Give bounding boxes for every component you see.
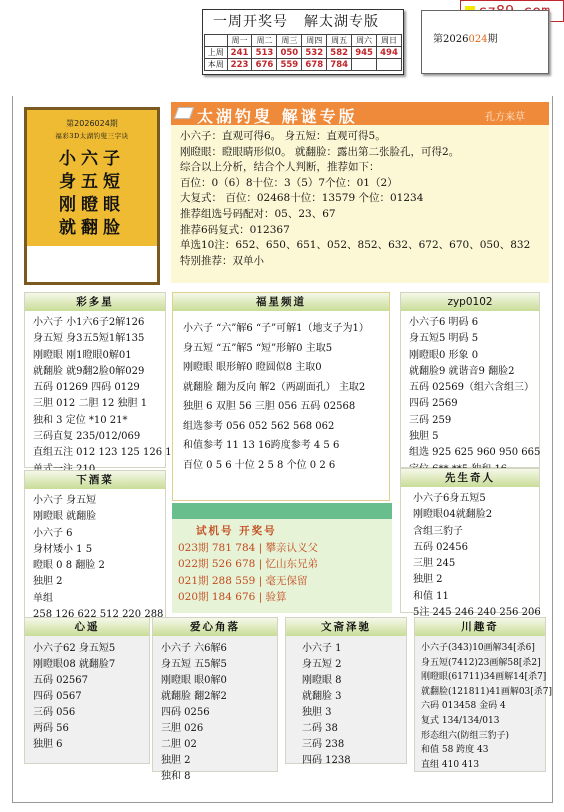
box-title: 先生奇人 xyxy=(401,469,539,487)
box-wenzhaisheng: 文斋泽驰 小六子 1 身五短 2 刚瞪眼 8 就翻脸 3 独胆 3 二码 38 … xyxy=(285,617,407,764)
box-xianshengqiren: 先生奇人 小六子6身五短5 刚瞪眼04就翻脸2 含组三豹子 五码 02456 三… xyxy=(400,468,540,613)
box-title: 彩多星 xyxy=(25,293,165,311)
box-title: zyp0102 xyxy=(401,293,539,311)
box-fuxing: 福星频道 小六子 “六”解6 “子”可解1（地支子为1） 身五短 “五”解5 “… xyxy=(172,292,390,501)
box-aixinjiaoluo: 爱心角落 小六子 六6解6 身五短 五5解5 刚瞪眼 眼0解0 就翻脸 翻2解2… xyxy=(152,617,278,772)
box-title: 爱心角落 xyxy=(153,618,277,636)
box-title: 福星频道 xyxy=(173,293,389,311)
draw-history-panel: 试机号 开奖号 023期 781 784 | 攀亲认义父 022期 526 67… xyxy=(172,503,392,613)
book-icon xyxy=(174,107,194,119)
box-xinyao: 心遥 小六子62 身五短5 刚瞪眼08 就翻脸7 五码 02567 四码 056… xyxy=(24,617,150,764)
week-results-table: 周一 周二 周三 周四 周五 周六 周日 上周 241 513 050 532 … xyxy=(204,34,402,71)
box-caiduoxing: 彩多星 小六子 小1六6子2解126 身五短 身3五5短1解135 刚瞪眼 刚1… xyxy=(24,292,166,468)
draw-row: 021期 288 559 | 毫无保留 xyxy=(178,573,392,590)
main-analysis: 小六子：直观可得6。 身五短：直观可得5。 刚瞪眼：瞪眼睛形似0。 就翻脸：露出… xyxy=(171,125,549,283)
poster-line: 刚瞪眼 xyxy=(27,194,157,217)
table-row: 本周 223 676 559 678 784 xyxy=(205,59,402,71)
week-results-panel: 一周开奖号解太湖专版 周一 周二 周三 周四 周五 周六 周日 上周 241 5… xyxy=(202,9,404,75)
main-author: 孔方来草 xyxy=(485,108,525,123)
main-title: 太湖钓叟 解谜专版 xyxy=(197,104,358,127)
box-chuanyueqi: 川趣奇 小六子(343)10画解34[杀6] 身五短(7412)23画解58[杀… xyxy=(414,617,546,772)
box-title: 下酒菜 xyxy=(25,471,165,489)
poster-subtitle: 福彩3D太湖钓叟三字诀 xyxy=(27,129,157,140)
issue-number: 第2026024期 xyxy=(421,10,549,74)
draw-row: 023期 781 784 | 攀亲认义父 xyxy=(178,540,392,557)
box-zyp0102: zyp0102 小六子6 明码 6 身五短5 明码 5 刚瞪眼0 形象 0 就翻… xyxy=(400,292,540,468)
poster-line: 小六子 xyxy=(27,148,157,171)
box-title: 川趣奇 xyxy=(415,618,545,636)
draw-history-header: 试机号 开奖号 xyxy=(178,523,392,540)
box-title: 心遥 xyxy=(25,618,149,636)
table-row: 上周 241 513 050 532 582 945 494 xyxy=(205,47,402,59)
draw-row: 020期 184 676 | 验算 xyxy=(178,589,392,606)
box-title: 文斋泽驰 xyxy=(286,618,406,636)
box-xiajiucai: 下酒菜 小六子 身五短 刚瞪眼 就翻脸 小六子 6 身材矮小 1 5 瞪眼 0 … xyxy=(24,470,166,618)
poster-line: 就翻脸 xyxy=(27,217,157,240)
table-header-row: 周一 周二 周三 周四 周五 周六 周日 xyxy=(205,35,402,47)
draw-row: 022期 526 678 | 忆山东兄弟 xyxy=(178,556,392,573)
poster-line: 身五短 xyxy=(27,171,157,194)
main-header: 太湖钓叟 解谜专版 孔方来草 xyxy=(171,102,549,125)
poster: 第2026024期 福彩3D太湖钓叟三字诀 小六子 身五短 刚瞪眼 就翻脸 xyxy=(24,107,160,285)
poster-issue: 第2026024期 xyxy=(27,110,157,129)
week-title: 一周开奖号解太湖专版 xyxy=(203,10,403,34)
